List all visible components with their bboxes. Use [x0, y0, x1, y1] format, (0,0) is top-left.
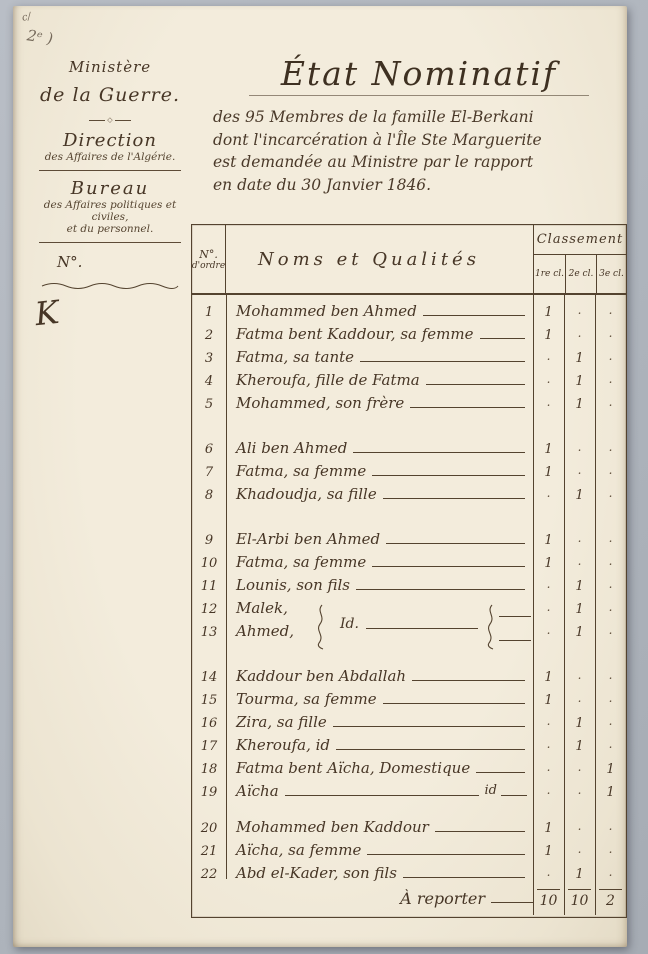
table-row: 5 Mohammed, son frère . 1 . — [192, 393, 626, 416]
class-cell: 1 — [564, 867, 595, 882]
class-cell: . — [595, 600, 626, 614]
class-cell: . — [595, 691, 626, 705]
title-block: État Nominatif des 95 Membres de la fami… — [209, 54, 629, 196]
class-cell: . — [595, 463, 626, 477]
bureau-line-1: Bureau — [35, 178, 185, 199]
class-3-header: 3e cl. — [596, 255, 626, 293]
class-cell: . — [564, 668, 595, 682]
row-name: Khadoudja, sa fille — [236, 484, 377, 504]
pencil-annotation-2: 2ᵉ ) — [26, 26, 54, 47]
class-cell: . — [564, 303, 595, 317]
row-name: Fatma bent Aïcha, Domestique — [236, 758, 470, 778]
class-cell: . — [595, 303, 626, 317]
row-num: 16 — [192, 716, 226, 731]
subtitle-line-1: des 95 Membres de la famille El-Berkani — [213, 106, 629, 129]
class-cell: . — [595, 395, 626, 409]
row-fill — [367, 854, 525, 855]
table-row: 13 Ahmed, . 1 . — [192, 621, 626, 644]
class-cell: . — [595, 737, 626, 751]
table-row: 11 Lounis, son fils . 1 . — [192, 575, 626, 598]
table-row: 7 Fatma, sa femme 1 . . — [192, 461, 626, 484]
class-cell: . — [533, 714, 564, 728]
class-cell: 1 — [564, 351, 595, 366]
rule-divider — [39, 242, 181, 243]
row-fill — [372, 566, 525, 567]
row-name-cell: Aïcha id — [226, 781, 533, 804]
row-name: Lounis, son fils — [236, 575, 350, 595]
row-num: 3 — [192, 351, 226, 366]
registrar-paraph: K — [33, 293, 61, 333]
row-name: Kheroufa, id — [236, 735, 330, 755]
document-page: c/ 2ᵉ ) Ministère de la Guerre. ◇ Direct… — [13, 6, 627, 947]
row-num: 5 — [192, 397, 226, 412]
subtitle-line-3: est demandée au Ministre par le rapport — [213, 151, 629, 174]
row-fill — [372, 475, 525, 476]
class-cell: 1 — [533, 844, 564, 859]
order-number-label-1: N°. — [199, 248, 218, 261]
class-cell: . — [533, 783, 564, 797]
table-row: 21 Aïcha, sa femme 1 . . — [192, 840, 626, 863]
table-row: 6 Ali ben Ahmed 1 . . — [192, 438, 626, 461]
row-num: 8 — [192, 488, 226, 503]
table-row: 3 Fatma, sa tante . 1 . — [192, 347, 626, 370]
row-fill — [336, 749, 525, 750]
row-name: Fatma, sa tante — [236, 347, 354, 367]
class-cell: . — [595, 440, 626, 454]
row-name-cell: Kaddour ben Abdallah — [226, 666, 533, 689]
numero-label: N°. — [35, 253, 185, 271]
class-cell: . — [533, 737, 564, 751]
nominal-roll-table: N°. d'ordre Noms et Qualités Classement … — [191, 224, 627, 918]
row-num: 19 — [192, 785, 226, 800]
row-fill — [480, 338, 526, 339]
class-cell: . — [595, 326, 626, 340]
row-fill — [333, 726, 525, 727]
table-row: 8 Khadoudja, sa fille . 1 . — [192, 484, 626, 507]
row-fill — [285, 795, 479, 796]
class-cell: 1 — [564, 625, 595, 640]
class-cell: . — [564, 783, 595, 797]
row-name: Kaddour ben Abdallah — [236, 666, 406, 686]
row-fill — [383, 498, 525, 499]
class-cell: 1 — [533, 305, 564, 320]
column-header-order-number: N°. d'ordre — [192, 225, 226, 293]
row-name-cell: Fatma, sa femme — [226, 552, 533, 575]
row-name-cell: El-Arbi ben Ahmed — [226, 529, 533, 552]
row-num: 10 — [192, 556, 226, 571]
row-name-cell: Ahmed, — [226, 621, 533, 644]
class-cell: 1 — [564, 374, 595, 389]
table-row: 18 Fatma bent Aïcha, Domestique . . 1 — [192, 758, 626, 781]
pencil-annotation-1: c/ — [21, 11, 32, 24]
class-cell: . — [595, 714, 626, 728]
table-row: 14 Kaddour ben Abdallah 1 . . — [192, 666, 626, 689]
rule-divider — [39, 170, 181, 171]
table-row: 20 Mohammed ben Kaddour 1 . . — [192, 817, 626, 840]
row-name: Aïcha, sa femme — [236, 840, 361, 860]
row-name-cell: Tourma, sa femme — [226, 689, 533, 712]
row-fill — [426, 384, 525, 385]
total-class-1: 10 — [533, 887, 564, 909]
margin-header-block: Ministère de la Guerre. ◇ Direction des … — [35, 58, 185, 294]
row-name: Ahmed, — [236, 621, 294, 641]
row-name-cell: Mohammed ben Ahmed — [226, 301, 533, 324]
class-cell: 1 — [564, 739, 595, 754]
class-cell: 1 — [533, 556, 564, 571]
row-name-cell: Ali ben Ahmed — [226, 438, 533, 461]
class-cell: . — [564, 691, 595, 705]
class-cell: . — [595, 372, 626, 386]
class-cell: . — [595, 486, 626, 500]
row-name: Fatma, sa femme — [236, 552, 366, 572]
row-fill — [423, 315, 525, 316]
order-number-label-2: d'ordre — [192, 261, 225, 271]
row-name-cell: Lounis, son fils — [226, 575, 533, 598]
row-name: Fatma, sa femme — [236, 461, 366, 481]
class-cell: 1 — [564, 716, 595, 731]
row-num: 9 — [192, 533, 226, 548]
total-class-2: 10 — [564, 887, 595, 909]
subtitle-line-4: en date du 30 Janvier 1846. — [213, 174, 629, 197]
row-num: 21 — [192, 844, 226, 859]
row-name-cell: Fatma bent Kaddour, sa femme — [226, 324, 533, 347]
class-cell: 1 — [564, 397, 595, 412]
class-cell: 1 — [564, 602, 595, 617]
row-mid: id — [485, 781, 497, 801]
class-cell: 1 — [533, 442, 564, 457]
row-fill — [410, 407, 525, 408]
table-row: 10 Fatma, sa femme 1 . . — [192, 552, 626, 575]
row-name-cell: Fatma bent Aïcha, Domestique — [226, 758, 533, 781]
column-header-names: Noms et Qualités — [226, 225, 533, 293]
class-cell: 1 — [564, 579, 595, 594]
row-num: 15 — [192, 693, 226, 708]
row-fill2 — [501, 795, 527, 796]
row-name: Mohammed ben Ahmed — [236, 301, 417, 321]
bureau-line-2: des Affaires politiques et civiles, — [35, 199, 185, 223]
class-cell: . — [533, 372, 564, 386]
row-name-cell: Khadoudja, sa fille — [226, 484, 533, 507]
class-cell: . — [595, 577, 626, 591]
row-num: 7 — [192, 465, 226, 480]
class-cell: 1 — [595, 785, 626, 800]
table-body: 1 Mohammed ben Ahmed 1 . . 2 Fatma bent … — [192, 295, 626, 915]
row-num: 2 — [192, 328, 226, 343]
table-row: 17 Kheroufa, id . 1 . — [192, 735, 626, 758]
ministry-line-1: Ministère — [35, 58, 185, 76]
table-row: 4 Kheroufa, fille de Fatma . 1 . — [192, 370, 626, 393]
bureau-line-3: et du personnel. — [35, 223, 185, 235]
class-cell: . — [564, 326, 595, 340]
table-row: 16 Zira, sa fille . 1 . — [192, 712, 626, 735]
class-cell: 1 — [533, 693, 564, 708]
carry-forward-label: À reporter — [400, 889, 485, 908]
class-cell: 1 — [564, 488, 595, 503]
row-num: 22 — [192, 867, 226, 882]
class-cell: . — [564, 554, 595, 568]
row-fill — [360, 361, 525, 362]
class-cell: . — [595, 531, 626, 545]
row-fill — [403, 877, 525, 878]
row-name-cell: Kheroufa, id — [226, 735, 533, 758]
row-num: 13 — [192, 625, 226, 640]
class-cell: . — [595, 668, 626, 682]
class-cell: . — [564, 760, 595, 774]
row-name: Abd el-Kader, son fils — [236, 863, 397, 883]
row-name-cell: Mohammed, son frère — [226, 393, 533, 416]
row-name-cell: Kheroufa, fille de Fatma — [226, 370, 533, 393]
row-name: Ali ben Ahmed — [236, 438, 347, 458]
row-fill — [353, 452, 525, 453]
class-cell: . — [564, 440, 595, 454]
row-fill — [476, 772, 525, 773]
classement-label: Classement — [534, 225, 626, 255]
table-header: N°. d'ordre Noms et Qualités Classement … — [192, 225, 626, 295]
row-name: Mohammed, son frère — [236, 393, 404, 413]
row-fill — [435, 831, 525, 832]
class-cell: . — [595, 865, 626, 879]
class-cell: . — [564, 819, 595, 833]
row-num: 4 — [192, 374, 226, 389]
class-cell: . — [533, 349, 564, 363]
row-num: 20 — [192, 821, 226, 836]
class-cell: 1 — [595, 762, 626, 777]
footer-dash — [491, 902, 533, 903]
row-name: Malek, — [236, 598, 288, 618]
class-cell: . — [564, 531, 595, 545]
subtitle-line-2: dont l'incarcération à l'Île Ste Marguer… — [213, 129, 629, 152]
class-cell: . — [533, 600, 564, 614]
row-name: Kheroufa, fille de Fatma — [236, 370, 420, 390]
row-num: 14 — [192, 670, 226, 685]
row-num: 18 — [192, 762, 226, 777]
row-num: 1 — [192, 305, 226, 320]
class-cell: . — [533, 865, 564, 879]
class-cell: . — [595, 349, 626, 363]
row-name-cell: Malek, — [226, 598, 533, 621]
class-cell: . — [533, 623, 564, 637]
direction-line-1: Direction — [35, 130, 185, 151]
row-num: 12 — [192, 602, 226, 617]
ornament-divider: ◇ — [65, 116, 155, 124]
class-2-header: 2e cl. — [565, 255, 596, 293]
class-cell: . — [564, 463, 595, 477]
class-cell: . — [564, 842, 595, 856]
row-num: 11 — [192, 579, 226, 594]
table-row: 19 Aïcha id . . 1 — [192, 781, 626, 804]
table-row: 2 Fatma bent Kaddour, sa femme 1 . . — [192, 324, 626, 347]
class-cell: 1 — [533, 328, 564, 343]
class-cell: 1 — [533, 465, 564, 480]
wavy-line — [35, 275, 185, 294]
class-cell: . — [533, 577, 564, 591]
row-fill — [356, 589, 525, 590]
row-name-cell: Mohammed ben Kaddour — [226, 817, 533, 840]
row-name-cell: Aïcha, sa femme — [226, 840, 533, 863]
class-cell: 1 — [533, 670, 564, 685]
direction-line-2: des Affaires de l'Algérie. — [35, 151, 185, 163]
class-cell: . — [595, 554, 626, 568]
ministry-line-2: de la Guerre. — [35, 84, 185, 106]
class-cell: . — [533, 760, 564, 774]
class-cell: 1 — [533, 533, 564, 548]
class-1-header: 1re cl. — [534, 255, 565, 293]
class-cell: . — [533, 395, 564, 409]
row-name: Fatma bent Kaddour, sa femme — [236, 324, 474, 344]
page-title: État Nominatif — [249, 54, 589, 96]
column-header-classement: Classement 1re cl. 2e cl. 3e cl. — [533, 225, 626, 293]
class-cell: 1 — [533, 821, 564, 836]
row-name-cell: Zira, sa fille — [226, 712, 533, 735]
class-cell: . — [595, 819, 626, 833]
row-name: Zira, sa fille — [236, 712, 327, 732]
table-footer: À reporter 10 10 2 — [192, 881, 626, 915]
row-name: Tourma, sa femme — [236, 689, 377, 709]
row-name: El-Arbi ben Ahmed — [236, 529, 380, 549]
table-row: 9 El-Arbi ben Ahmed 1 . . — [192, 529, 626, 552]
row-fill — [412, 680, 525, 681]
table-body-rows: 1 Mohammed ben Ahmed 1 . . 2 Fatma bent … — [192, 295, 626, 886]
row-name-cell: Fatma, sa tante — [226, 347, 533, 370]
table-row: 15 Tourma, sa femme 1 . . — [192, 689, 626, 712]
table-row: 12 Malek, . 1 . — [192, 598, 626, 621]
total-class-3: 2 — [595, 887, 626, 909]
row-num: 6 — [192, 442, 226, 457]
row-name-cell: Fatma, sa femme — [226, 461, 533, 484]
class-cell: . — [595, 842, 626, 856]
class-cell: . — [595, 623, 626, 637]
row-name: Aïcha — [236, 781, 279, 801]
class-cell: . — [533, 486, 564, 500]
table-row: 1 Mohammed ben Ahmed 1 . . — [192, 301, 626, 324]
row-num: 17 — [192, 739, 226, 754]
row-name: Mohammed ben Kaddour — [236, 817, 429, 837]
row-fill — [383, 703, 525, 704]
row-fill — [386, 543, 525, 544]
